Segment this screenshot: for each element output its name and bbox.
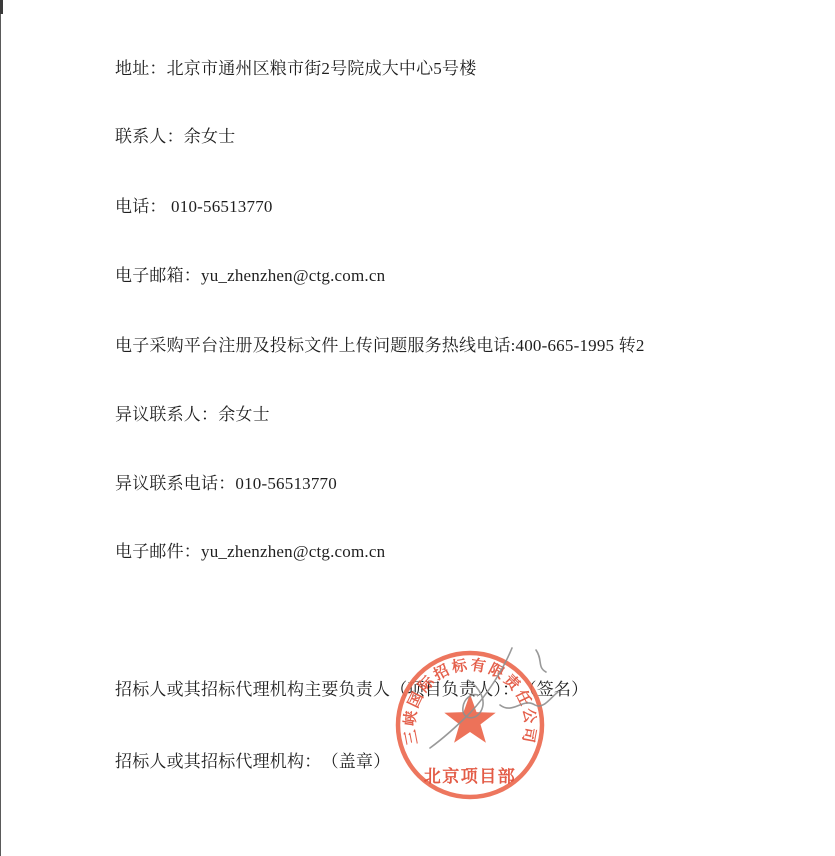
company-seal: 三峡国际招标有限责任公司 北京项目部 <box>375 635 575 815</box>
document-page: 地址：北京市通州区粮市街2号院成大中心5号楼 联系人：余女士 电话： 010-5… <box>0 0 835 856</box>
doc-line-address: 地址：北京市通州区粮市街2号院成大中心5号楼 <box>115 58 476 79</box>
doc-line-platform-hotline: 电子采购平台注册及投标文件上传问题服务热线电话:400-665-1995 转2 <box>115 335 645 356</box>
doc-line-agency-stamp: 招标人或其招标代理机构： （盖章） <box>115 751 390 772</box>
doc-line-objection-contact: 异议联系人：余女士 <box>115 404 270 425</box>
doc-line-contact-person: 联系人：余女士 <box>115 126 235 147</box>
seal-department-text: 北京项目部 <box>424 766 517 786</box>
doc-line-phone: 电话： 010-56513770 <box>115 196 273 217</box>
doc-line-objection-email: 电子邮件：yu_zhenzhen@ctg.com.cn <box>115 541 385 562</box>
doc-line-email: 电子邮箱：yu_zhenzhen@ctg.com.cn <box>115 265 385 286</box>
doc-line-objection-phone: 异议联系电话：010-56513770 <box>115 473 337 494</box>
